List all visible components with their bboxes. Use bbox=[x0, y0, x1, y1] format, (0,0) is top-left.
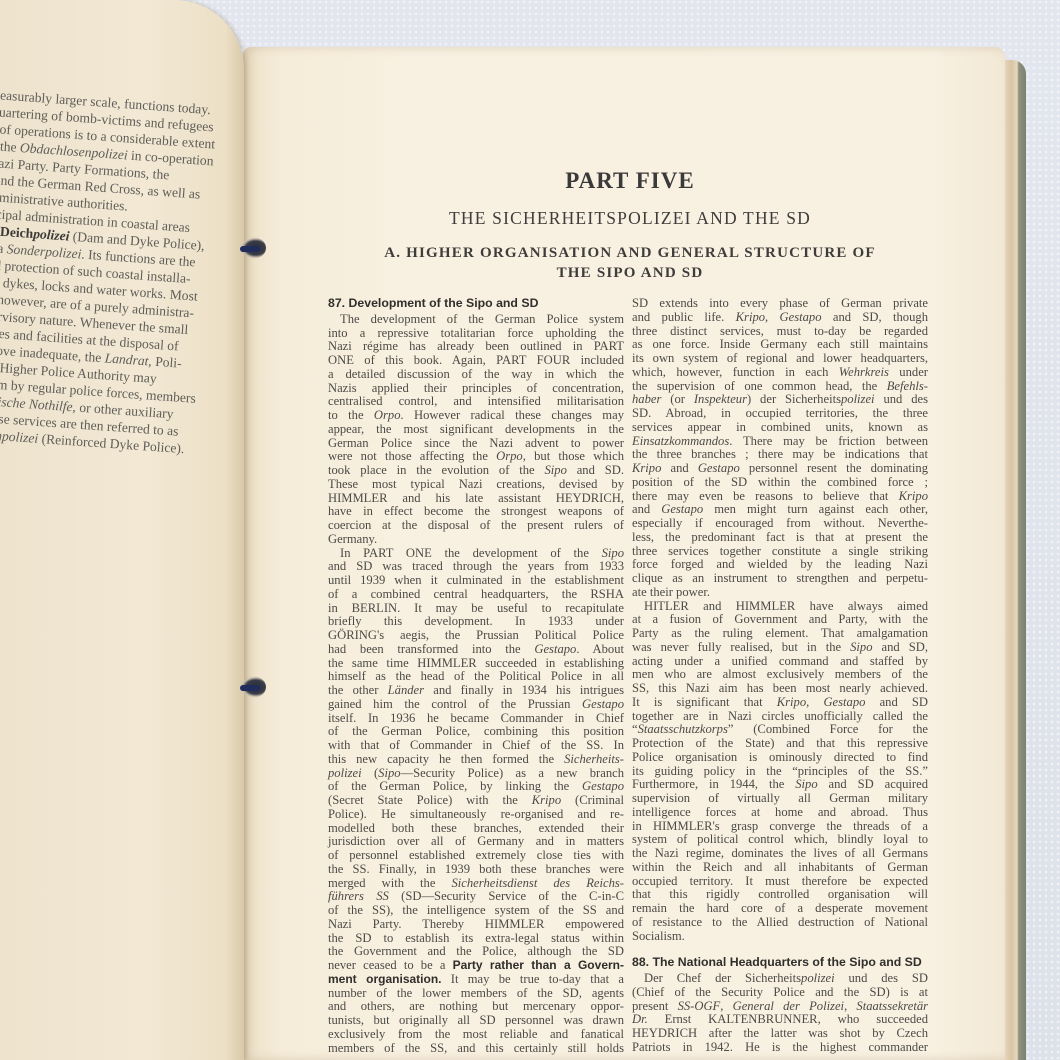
text-line: there may even be reasons to believe tha… bbox=[632, 490, 928, 504]
text-line: führers SS (SD—Security Service of the C… bbox=[328, 890, 624, 904]
text-line: three services together constitute a sin… bbox=[632, 545, 928, 559]
text-line: Furthermore, in 1944, the Sipo and SD ac… bbox=[632, 778, 928, 792]
text-line: tunists, but originally all SD personnel… bbox=[328, 1014, 624, 1028]
text-line: ate their power. bbox=[632, 586, 928, 600]
section-88-heading: 88. The National Headquarters of the Sip… bbox=[632, 956, 928, 970]
text-line: took place in the evolution of the Sipo … bbox=[328, 464, 624, 478]
text-line: polizei (Sipo—Security Police) as a new … bbox=[328, 767, 624, 781]
binding-thread-top bbox=[240, 237, 266, 259]
text-line: Nazi Party. Thereby HIMMLER empowered bbox=[328, 918, 624, 932]
text-line: German Police since the Nazi advent to p… bbox=[328, 437, 624, 451]
text-line: and others, are nothing but mercenary op… bbox=[328, 1000, 624, 1014]
text-line: that this rigidly controlled organisatio… bbox=[632, 888, 928, 902]
text-line: briefly this development. In 1933 under bbox=[328, 615, 624, 629]
text-line: less, the predominant fact is that at pr… bbox=[632, 531, 928, 545]
section-title-line-2: THE SIPO AND SD bbox=[330, 263, 930, 283]
text-line: haber (or Inspekteur) der Sicherheitspol… bbox=[632, 393, 928, 407]
text-line: coercion at the disposal of the present … bbox=[328, 519, 624, 533]
text-line: Party as the ruling element. That amalga… bbox=[632, 627, 928, 641]
text-line: at a fusion of Government and Party, wit… bbox=[632, 613, 928, 627]
text-line: Protection of the State) and that this r… bbox=[632, 737, 928, 751]
text-line: of the SS), the intelligence system of t… bbox=[328, 904, 624, 918]
text-line: until 1939 when it culminated in the est… bbox=[328, 574, 624, 588]
section-87-heading: 87. Development of the Sipo and SD bbox=[328, 297, 624, 311]
text-line: force forged and wielded by the leading … bbox=[632, 558, 928, 572]
text-line: which, however, function in each Wehrkre… bbox=[632, 366, 928, 380]
text-line: Germany. bbox=[328, 533, 624, 547]
text-line: Dr. Ernst KALTENBRUNNER, who succeeded bbox=[632, 1013, 928, 1027]
text-line: (Chief of the Security Police and the SD… bbox=[632, 986, 928, 1000]
text-line: Einsatzkommandos. There may be friction … bbox=[632, 435, 928, 449]
text-line: to the Orpo. However radical these chang… bbox=[328, 409, 624, 423]
text-line: the same time HIMMLER succeeded in estab… bbox=[328, 657, 624, 671]
text-line: remain the hard core of a desperate move… bbox=[632, 902, 928, 916]
text-line: These most typical Nazi creations, devis… bbox=[328, 478, 624, 492]
text-line: never ceased to be a Party rather than a… bbox=[328, 959, 624, 973]
text-line: the Government and the Police, although … bbox=[328, 945, 624, 959]
section-title: A. HIGHER ORGANISATION AND GENERAL STRUC… bbox=[330, 243, 930, 283]
text-line: centralised control, and intensified mil… bbox=[328, 395, 624, 409]
text-line: the supervision of one common head, the … bbox=[632, 380, 928, 394]
text-line: HEYDRICH after the latter was shot by Cz… bbox=[632, 1027, 928, 1041]
text-line: was never fully realised, but in the Sip… bbox=[632, 641, 928, 655]
text-line: the SS. Finally, in 1939 both these bran… bbox=[328, 863, 624, 877]
text-line: SS, this Nazi aim has been most nearly a… bbox=[632, 682, 928, 696]
text-line: “Staatsschutzkorps” (Combined Force for … bbox=[632, 723, 928, 737]
binding-thread-bottom bbox=[240, 676, 266, 698]
text-line: modelled both these branches, extended t… bbox=[328, 822, 624, 836]
text-line: exclusively from the most reliable and f… bbox=[328, 1028, 624, 1042]
text-line: services appear in combined units, known… bbox=[632, 421, 928, 435]
text-line: himself as the head of the Political Pol… bbox=[328, 670, 624, 684]
text-line: (Secret State Police) with the Kripo (Cr… bbox=[328, 794, 624, 808]
part-title: PART FIVE bbox=[330, 168, 930, 198]
text-line: men who are almost exclusively members o… bbox=[632, 668, 928, 682]
text-line: present SS-OGF, General der Polizei, Sta… bbox=[632, 1000, 928, 1014]
text-line: SD extends into every phase of German pr… bbox=[632, 297, 928, 311]
text-line: Patriots in 1942. He is the highest comm… bbox=[632, 1041, 928, 1055]
text-line: and Gestapo men might turn against each … bbox=[632, 503, 928, 517]
text-line: this new capacity he then formed the Sic… bbox=[328, 753, 624, 767]
text-line: into a repressive totalitarian force uph… bbox=[328, 327, 624, 341]
text-line: of the German Police, by linking the Ges… bbox=[328, 780, 624, 794]
text-line: In PART ONE the development of the Sipo bbox=[328, 547, 624, 561]
text-line: Nazi régime has already been outlined in… bbox=[328, 340, 624, 354]
left-page-text: neasurably larger scale, functions today… bbox=[0, 86, 233, 459]
text-line: in BERLIN. It may be useful to recapitul… bbox=[328, 602, 624, 616]
part-subtitle: THE SICHERHEITSPOLIZEI AND THE SD bbox=[330, 208, 930, 230]
text-line: GÖRING's aegis, the Prussian Political P… bbox=[328, 629, 624, 643]
text-line: were not those affecting the Orpo, but t… bbox=[328, 450, 624, 464]
text-line: the SD to establish its extra-legal stat… bbox=[328, 932, 624, 946]
text-line: its own system of regional and lower hea… bbox=[632, 352, 928, 366]
text-line: ONE of this book. Again, PART FOUR inclu… bbox=[328, 354, 624, 368]
text-line: within the Reich and all inhabitants of … bbox=[632, 861, 928, 875]
text-line: Der Chef der Sicherheitspolizei und des … bbox=[632, 972, 928, 986]
text-line: system of political control which, blind… bbox=[632, 833, 928, 847]
text-line: appear, the most significant development… bbox=[328, 423, 624, 437]
text-line: had been transformed into the Gestapo. A… bbox=[328, 643, 624, 657]
text-line: jurisdiction over all of Germany and in … bbox=[328, 835, 624, 849]
text-line: gained him the control of the Prussian G… bbox=[328, 698, 624, 712]
text-line: and public life. Kripo, Gestapo and SD, … bbox=[632, 311, 928, 325]
right-page-content: PART FIVE THE SICHERHEITSPOLIZEI AND THE… bbox=[330, 160, 930, 283]
text-line: HITLER and HIMMLER have always aimed bbox=[632, 600, 928, 614]
text-line: ment organisation. It may be true to-day… bbox=[328, 973, 624, 987]
column-left: 87. Development of the Sipo and SD The d… bbox=[328, 297, 624, 1055]
text-line: merged with the Sicherheitsdienst des Re… bbox=[328, 877, 624, 891]
text-line: Kripo and Gestapo personnel resent the d… bbox=[632, 462, 928, 476]
text-line: members of the SS, and this certainly st… bbox=[328, 1042, 624, 1056]
text-line: HIMMLER and his late assistant HEYDRICH, bbox=[328, 492, 624, 506]
text-line: the Nazi regime, dominates the lives of … bbox=[632, 847, 928, 861]
text-line: of the German Police, combining this pos… bbox=[328, 725, 624, 739]
text-line: its guiding policy in the “principles of… bbox=[632, 765, 928, 779]
text-line: position of the SD within the combined f… bbox=[632, 476, 928, 490]
text-line: with that of Commander in Chief of the S… bbox=[328, 739, 624, 753]
text-line: SD. Abroad, in occupied territories, the… bbox=[632, 407, 928, 421]
text-line: clique as an instrument to strengthen an… bbox=[632, 572, 928, 586]
text-line: of resistance to the Allied destruction … bbox=[632, 916, 928, 930]
text-line: The development of the German Police sys… bbox=[328, 313, 624, 327]
text-line: Socialism. bbox=[632, 930, 928, 944]
text-line: intelligence forces at home and abroad. … bbox=[632, 806, 928, 820]
text-line: Police organisation is ominously directe… bbox=[632, 751, 928, 765]
text-line: a detailed discussion of the way in whic… bbox=[328, 368, 624, 382]
text-line: supervision of virtually all German mili… bbox=[632, 792, 928, 806]
text-line: Police). He simultaneously re-organised … bbox=[328, 808, 624, 822]
section-title-line-1: A. HIGHER ORGANISATION AND GENERAL STRUC… bbox=[330, 243, 930, 263]
text-line: the other Länder and finally in 1934 his… bbox=[328, 684, 624, 698]
text-line: as one force. Inside Germany each still … bbox=[632, 338, 928, 352]
text-line: occupied territory. It must therefore be… bbox=[632, 875, 928, 889]
text-line: It is significant that Kripo, Gestapo an… bbox=[632, 696, 928, 710]
text-line: in HIMMLER's grasp converge the threads … bbox=[632, 820, 928, 834]
text-line: especially if encouraged from without. N… bbox=[632, 517, 928, 531]
text-line: of a combined central headquarters, the … bbox=[328, 588, 624, 602]
left-page[interactable]: neasurably larger scale, functions today… bbox=[0, 0, 244, 1060]
text-line: three distinct services, must to-day be … bbox=[632, 325, 928, 339]
text-line: Nazis applied their principles of concen… bbox=[328, 382, 624, 396]
text-line: of personnel established extremely close… bbox=[328, 849, 624, 863]
text-line: number of the lower members of the SD, a… bbox=[328, 987, 624, 1001]
text-line: have in effect become the strongest weap… bbox=[328, 505, 624, 519]
text-line: together are in Nazi circles unofficiall… bbox=[632, 710, 928, 724]
text-line: and SD was traced through the years from… bbox=[328, 560, 624, 574]
text-line: itself. In 1936 he became Commander in C… bbox=[328, 712, 624, 726]
column-right: SD extends into every phase of German pr… bbox=[632, 297, 928, 1055]
text-line: the three branches ; there may be indica… bbox=[632, 448, 928, 462]
text-line: acting under a unified command and staff… bbox=[632, 655, 928, 669]
